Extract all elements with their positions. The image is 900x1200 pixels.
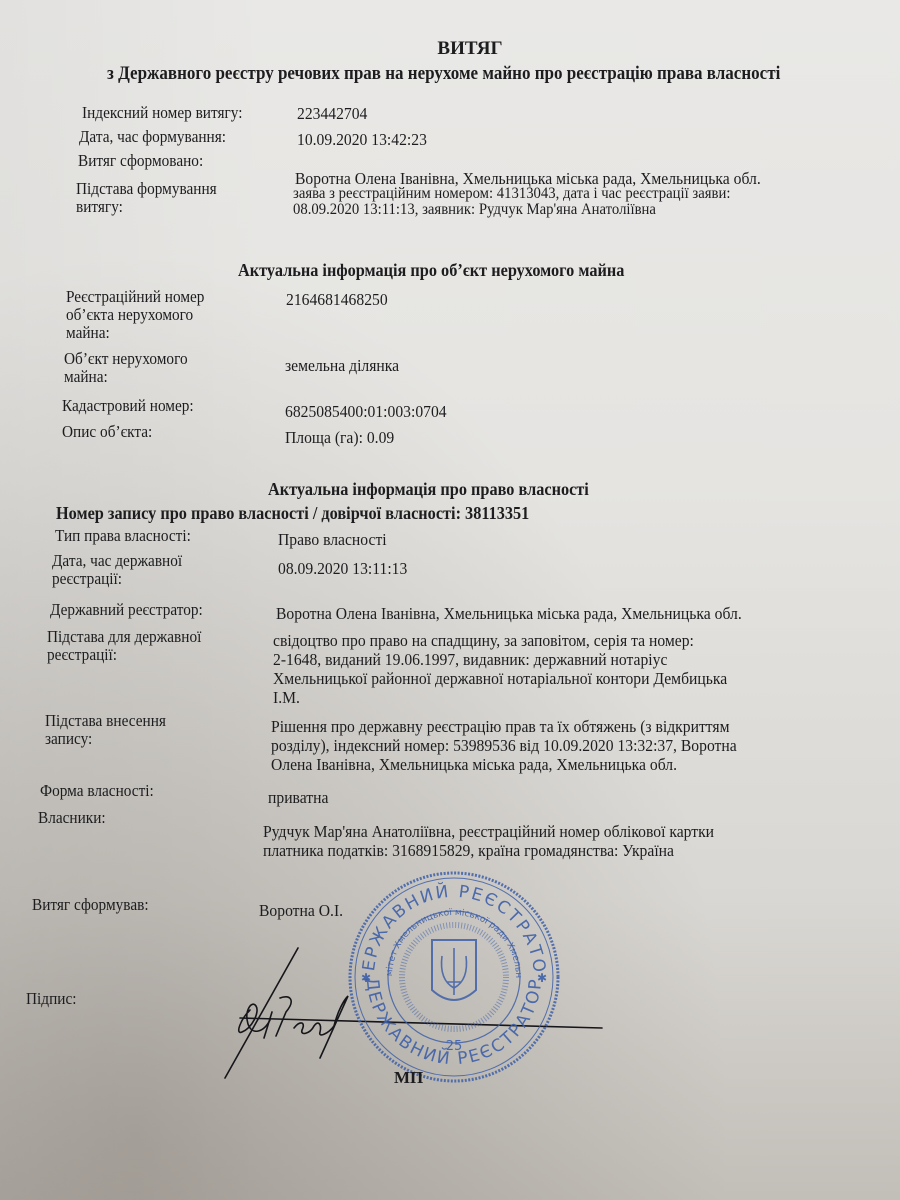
formed-by-label: Витяг сформував:: [32, 896, 149, 914]
type-value: Право власності: [278, 530, 387, 549]
reg-basis-value: свідоцтво про право на спадщину, за запо…: [273, 631, 727, 707]
datetime-label: Дата, час формування:: [79, 128, 226, 146]
document-subtitle: з Державного реєстру речових прав на нер…: [107, 64, 780, 85]
signature-label: Підпис:: [26, 990, 77, 1008]
official-stamp: ДЕРЖАВНИЙ РЕЄСТРАТОР ДЕРЖАВНИЙ РЕЄСТРАТО…: [347, 870, 561, 1084]
reg-number-value: 2164681468250: [286, 290, 388, 309]
record-heading: Номер запису про право власності / довір…: [56, 503, 529, 524]
stamp-number: 25: [446, 1039, 463, 1054]
object-label: Об’єкт нерухомого майна:: [64, 350, 188, 386]
index-label: Індексний номер витягу:: [82, 104, 242, 122]
form-value: приватна: [268, 788, 328, 807]
registrar-value: Воротна Олена Іванівна, Хмельницька місь…: [276, 604, 742, 623]
document-title: ВИТЯГ: [0, 38, 900, 60]
seal-mark: МП: [394, 1068, 423, 1088]
registrar-label: Державний реєстратор:: [50, 601, 203, 619]
owners-label: Власники:: [38, 809, 106, 827]
svg-text:✱: ✱: [537, 971, 547, 985]
reg-date-label: Дата, час державної реєстрації:: [52, 552, 182, 588]
index-value: 223442704: [297, 104, 367, 123]
basis-value: заява з реєстраційним номером: 41313043,…: [293, 186, 730, 218]
entry-basis-label: Підстава внесення запису:: [45, 712, 166, 748]
cadastral-label: Кадастровий номер:: [62, 397, 194, 415]
basis-label: Підстава формування витягу:: [76, 180, 217, 216]
svg-text:✱: ✱: [361, 971, 371, 985]
owners-value: Рудчук Мар'яна Анатоліївна, реєстраційни…: [263, 822, 714, 860]
reg-basis-label: Підстава для державної реєстрації:: [47, 628, 201, 664]
reg-number-label: Реєстраційний номер об’єкта нерухомого м…: [66, 288, 204, 342]
property-heading: Актуальна інформація про об’єкт нерухомо…: [238, 260, 624, 281]
description-label: Опис об’єкта:: [62, 423, 152, 441]
datetime-value: 10.09.2020 13:42:23: [297, 130, 427, 149]
cadastral-value: 6825085400:01:003:0704: [285, 402, 447, 421]
description-value: Площа (га): 0.09: [285, 428, 394, 447]
ownership-heading: Актуальна інформація про право власності: [268, 479, 589, 500]
type-label: Тип права власності:: [55, 527, 191, 545]
formed-label: Витяг сформовано:: [78, 152, 203, 170]
reg-date-value: 08.09.2020 13:11:13: [278, 559, 407, 578]
object-value: земельна ділянка: [285, 356, 399, 375]
form-label: Форма власності:: [40, 782, 154, 800]
formed-by-value: Воротна О.І.: [259, 901, 343, 920]
entry-basis-value: Рішення про державну реєстрацію прав та …: [271, 717, 737, 774]
